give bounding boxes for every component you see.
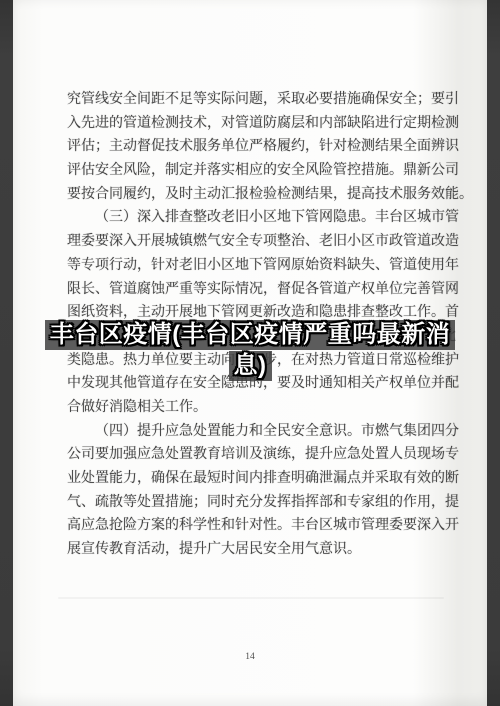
text-line: 公司要加强应急处置教育培训及演练，提升应急处置人员现场专 [67, 443, 456, 467]
page-number: 14 [0, 652, 500, 662]
text-line: 等专项行动，针对老旧小区地下管网原始资料缺失、管道使用年 [67, 254, 456, 278]
scan-crease-artifact [58, 597, 444, 599]
text-line: 究管线安全间距不足等实际问题，采取必要措施确保安全；要引 [67, 88, 456, 112]
scan-left-edge-bar [0, 0, 13, 706]
text-line: 业处置能力，确保在最短时间内排查明确泄漏点并采取有效的断 [67, 467, 456, 491]
text-line: 限长、管道腐蚀严重等实际情况，督促各管道产权单位完善管网 [67, 278, 456, 302]
text-line: 展宣传教育活动，提升广大居民安全用气意识。 [67, 538, 456, 562]
scan-right-edge-bar [487, 0, 500, 706]
overlay-headline-line1: 丰台区疫情(丰台区疫情严重吗最新消 [45, 320, 456, 350]
text-line: （三）深入排查整改老旧小区地下管网隐患。丰台区城市管 [67, 206, 456, 230]
text-line: 入先进的管道检测技术，对管道防腐层和内部缺陷进行定期检测 [67, 112, 456, 136]
text-line: 合做好消隐相关工作。 [67, 396, 456, 420]
overlay-headline-line2: 息) [229, 351, 272, 381]
text-line: 评估；主动督促技术服务单位严格履约，针对检测结果全面辨识 [67, 135, 456, 159]
text-line: 气、疏散等处置措施；同时充分发挥指挥部和专家组的作用，提 [67, 491, 456, 515]
text-line: 评估安全风险，制定并落实相应的安全风险管控措施。鼎新公司 [67, 159, 456, 183]
text-line: 要按合同履约，及时主动汇报检验检测结果，提高技术服务效能。 [67, 183, 456, 207]
text-line: 高应急抢险方案的科学性和针对性。丰台区城市管理委要深入开 [67, 514, 456, 538]
text-line: （四）提升应急处置能力和全民安全意识。市燃气集团四分 [67, 420, 456, 444]
overlay-headline: 丰台区疫情(丰台区疫情严重吗最新消 息) [13, 319, 487, 381]
text-line: 理委要深入开展城镇燃气安全专项整治、老旧小区市政管道改造 [67, 230, 456, 254]
